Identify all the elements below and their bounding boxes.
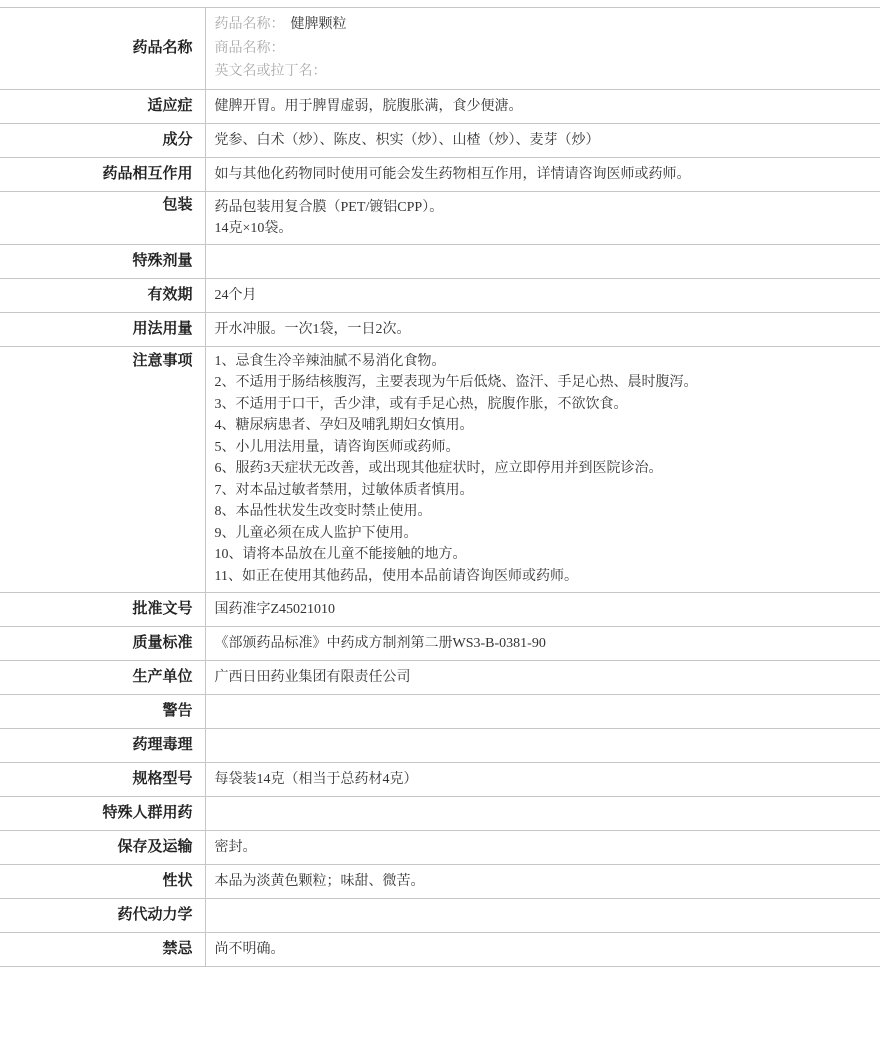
row-value-drug-interactions: 如与其他化药物同时使用可能会发生药物相互作用，详情请咨询医师或药师。 [205, 157, 880, 191]
trade-name-line: 商品名称： [215, 37, 871, 61]
drug-name-sub-value: 健脾颗粒 [285, 17, 347, 32]
row-manufacturer: 生产单位 广西日田药业集团有限责任公司 [0, 661, 880, 695]
row-label-contraindications: 禁忌 [0, 933, 205, 967]
precaution-item: 8、本品性状发生改变时禁止使用。 [215, 501, 871, 523]
page: { "table": { "rows": [ { "label": "药品名称"… [0, 0, 880, 1060]
row-drug-interactions: 药品相互作用 如与其他化药物同时使用可能会发生药物相互作用，详情请咨询医师或药师… [0, 157, 880, 191]
precaution-item: 4、糖尿病患者、孕妇及哺乳期妇女慎用。 [215, 415, 871, 437]
precaution-item: 6、服药3天症状无改善，或出现其他症状时，应立即停用并到医院诊治。 [215, 458, 871, 480]
row-value-storage-transport: 密封。 [205, 831, 880, 865]
row-value-specification: 每袋装14克（相当于总药材4克） [205, 763, 880, 797]
row-label-special-dosage: 特殊剂量 [0, 244, 205, 278]
precaution-item: 11、如正在使用其他药品，使用本品前请咨询医师或药师。 [215, 566, 871, 588]
precaution-item: 5、小儿用法用量，请咨询医师或药师。 [215, 437, 871, 459]
row-special-populations: 特殊人群用药 [0, 797, 880, 831]
drug-info-table: 药品名称 药品名称：健脾颗粒 商品名称： 英文名或拉丁名： 适应症 健脾开胃。用… [0, 7, 880, 967]
row-packaging: 包装 药品包装用复合膜（PET/镀铝CPP）。 14克×10袋。 [0, 191, 880, 244]
row-label-storage-transport: 保存及运输 [0, 831, 205, 865]
precaution-item: 3、不适用于口干，舌少津，或有手足心热，脘腹作胀，不欲饮食。 [215, 394, 871, 416]
row-value-precautions: 1、忌食生冷辛辣油腻不易消化食物。 2、不适用于肠结核腹泻，主要表现为午后低烧、… [205, 346, 880, 593]
row-label-drug-interactions: 药品相互作用 [0, 157, 205, 191]
precaution-item: 1、忌食生冷辛辣油腻不易消化食物。 [215, 351, 871, 373]
row-specification: 规格型号 每袋装14克（相当于总药材4克） [0, 763, 880, 797]
packaging-line: 14克×10袋。 [215, 218, 871, 239]
row-label-indications: 适应症 [0, 89, 205, 123]
row-value-manufacturer: 广西日田药业集团有限责任公司 [205, 661, 880, 695]
row-value-packaging: 药品包装用复合膜（PET/镀铝CPP）。 14克×10袋。 [205, 191, 880, 244]
row-precautions: 注意事项 1、忌食生冷辛辣油腻不易消化食物。 2、不适用于肠结核腹泻，主要表现为… [0, 346, 880, 593]
row-value-contraindications: 尚不明确。 [205, 933, 880, 967]
row-label-pharmacokinetics: 药代动力学 [0, 899, 205, 933]
row-value-ingredients: 党参、白术（炒）、陈皮、枳实（炒）、山楂（炒）、麦芽（炒） [205, 123, 880, 157]
row-indications: 适应症 健脾开胃。用于脾胃虚弱，脘腹胀满，食少便溏。 [0, 89, 880, 123]
row-label-pharmacology-toxicology: 药理毒理 [0, 729, 205, 763]
latin-name-line: 英文名或拉丁名： [215, 60, 871, 84]
precaution-item: 7、对本品过敏者禁用，过敏体质者慎用。 [215, 480, 871, 502]
precaution-item: 9、儿童必须在成人监护下使用。 [215, 523, 871, 545]
row-approval-number: 批准文号 国药准字Z45021010 [0, 593, 880, 627]
row-label-manufacturer: 生产单位 [0, 661, 205, 695]
row-label-shelf-life: 有效期 [0, 278, 205, 312]
row-value-drug-name: 药品名称：健脾颗粒 商品名称： 英文名或拉丁名： [205, 8, 880, 90]
row-label-packaging: 包装 [0, 191, 205, 244]
drug-name-sub-label: 药品名称： [215, 17, 285, 32]
latin-name-sub-label: 英文名或拉丁名： [215, 64, 327, 79]
row-storage-transport: 保存及运输 密封。 [0, 831, 880, 865]
row-value-indications: 健脾开胃。用于脾胃虚弱，脘腹胀满，食少便溏。 [205, 89, 880, 123]
row-value-shelf-life: 24个月 [205, 278, 880, 312]
packaging-line: 药品包装用复合膜（PET/镀铝CPP）。 [215, 197, 871, 218]
row-pharmacokinetics: 药代动力学 [0, 899, 880, 933]
row-dosage-usage: 用法用量 开水冲服。一次1袋，一日2次。 [0, 312, 880, 346]
row-contraindications: 禁忌 尚不明确。 [0, 933, 880, 967]
row-label-precautions: 注意事项 [0, 346, 205, 593]
row-value-dosage-usage: 开水冲服。一次1袋，一日2次。 [205, 312, 880, 346]
row-label-description: 性状 [0, 865, 205, 899]
precaution-item: 10、请将本品放在儿童不能接触的地方。 [215, 544, 871, 566]
row-label-ingredients: 成分 [0, 123, 205, 157]
row-value-approval-number: 国药准字Z45021010 [205, 593, 880, 627]
row-value-special-populations [205, 797, 880, 831]
row-value-quality-standard: 《部颁药品标准》中药成方制剂第二册WS3-B-0381-90 [205, 627, 880, 661]
row-label-warning: 警告 [0, 695, 205, 729]
row-pharmacology-toxicology: 药理毒理 [0, 729, 880, 763]
row-label-quality-standard: 质量标准 [0, 627, 205, 661]
row-description: 性状 本品为淡黄色颗粒；味甜、微苦。 [0, 865, 880, 899]
row-label-approval-number: 批准文号 [0, 593, 205, 627]
row-shelf-life: 有效期 24个月 [0, 278, 880, 312]
row-label-drug-name: 药品名称 [0, 8, 205, 90]
row-label-specification: 规格型号 [0, 763, 205, 797]
row-quality-standard: 质量标准 《部颁药品标准》中药成方制剂第二册WS3-B-0381-90 [0, 627, 880, 661]
row-warning: 警告 [0, 695, 880, 729]
drug-name-line: 药品名称：健脾颗粒 [215, 13, 871, 37]
row-value-warning [205, 695, 880, 729]
precaution-item: 2、不适用于肠结核腹泻，主要表现为午后低烧、盗汗、手足心热、晨时腹泻。 [215, 372, 871, 394]
row-value-pharmacology-toxicology [205, 729, 880, 763]
row-special-dosage: 特殊剂量 [0, 244, 880, 278]
row-label-dosage-usage: 用法用量 [0, 312, 205, 346]
latin-name-sub-value [327, 64, 333, 79]
row-label-special-populations: 特殊人群用药 [0, 797, 205, 831]
trade-name-sub-value [285, 41, 291, 56]
trade-name-sub-label: 商品名称： [215, 41, 285, 56]
row-value-pharmacokinetics [205, 899, 880, 933]
row-drug-name: 药品名称 药品名称：健脾颗粒 商品名称： 英文名或拉丁名： [0, 8, 880, 90]
row-value-description: 本品为淡黄色颗粒；味甜、微苦。 [205, 865, 880, 899]
row-ingredients: 成分 党参、白术（炒）、陈皮、枳实（炒）、山楂（炒）、麦芽（炒） [0, 123, 880, 157]
row-value-special-dosage [205, 244, 880, 278]
